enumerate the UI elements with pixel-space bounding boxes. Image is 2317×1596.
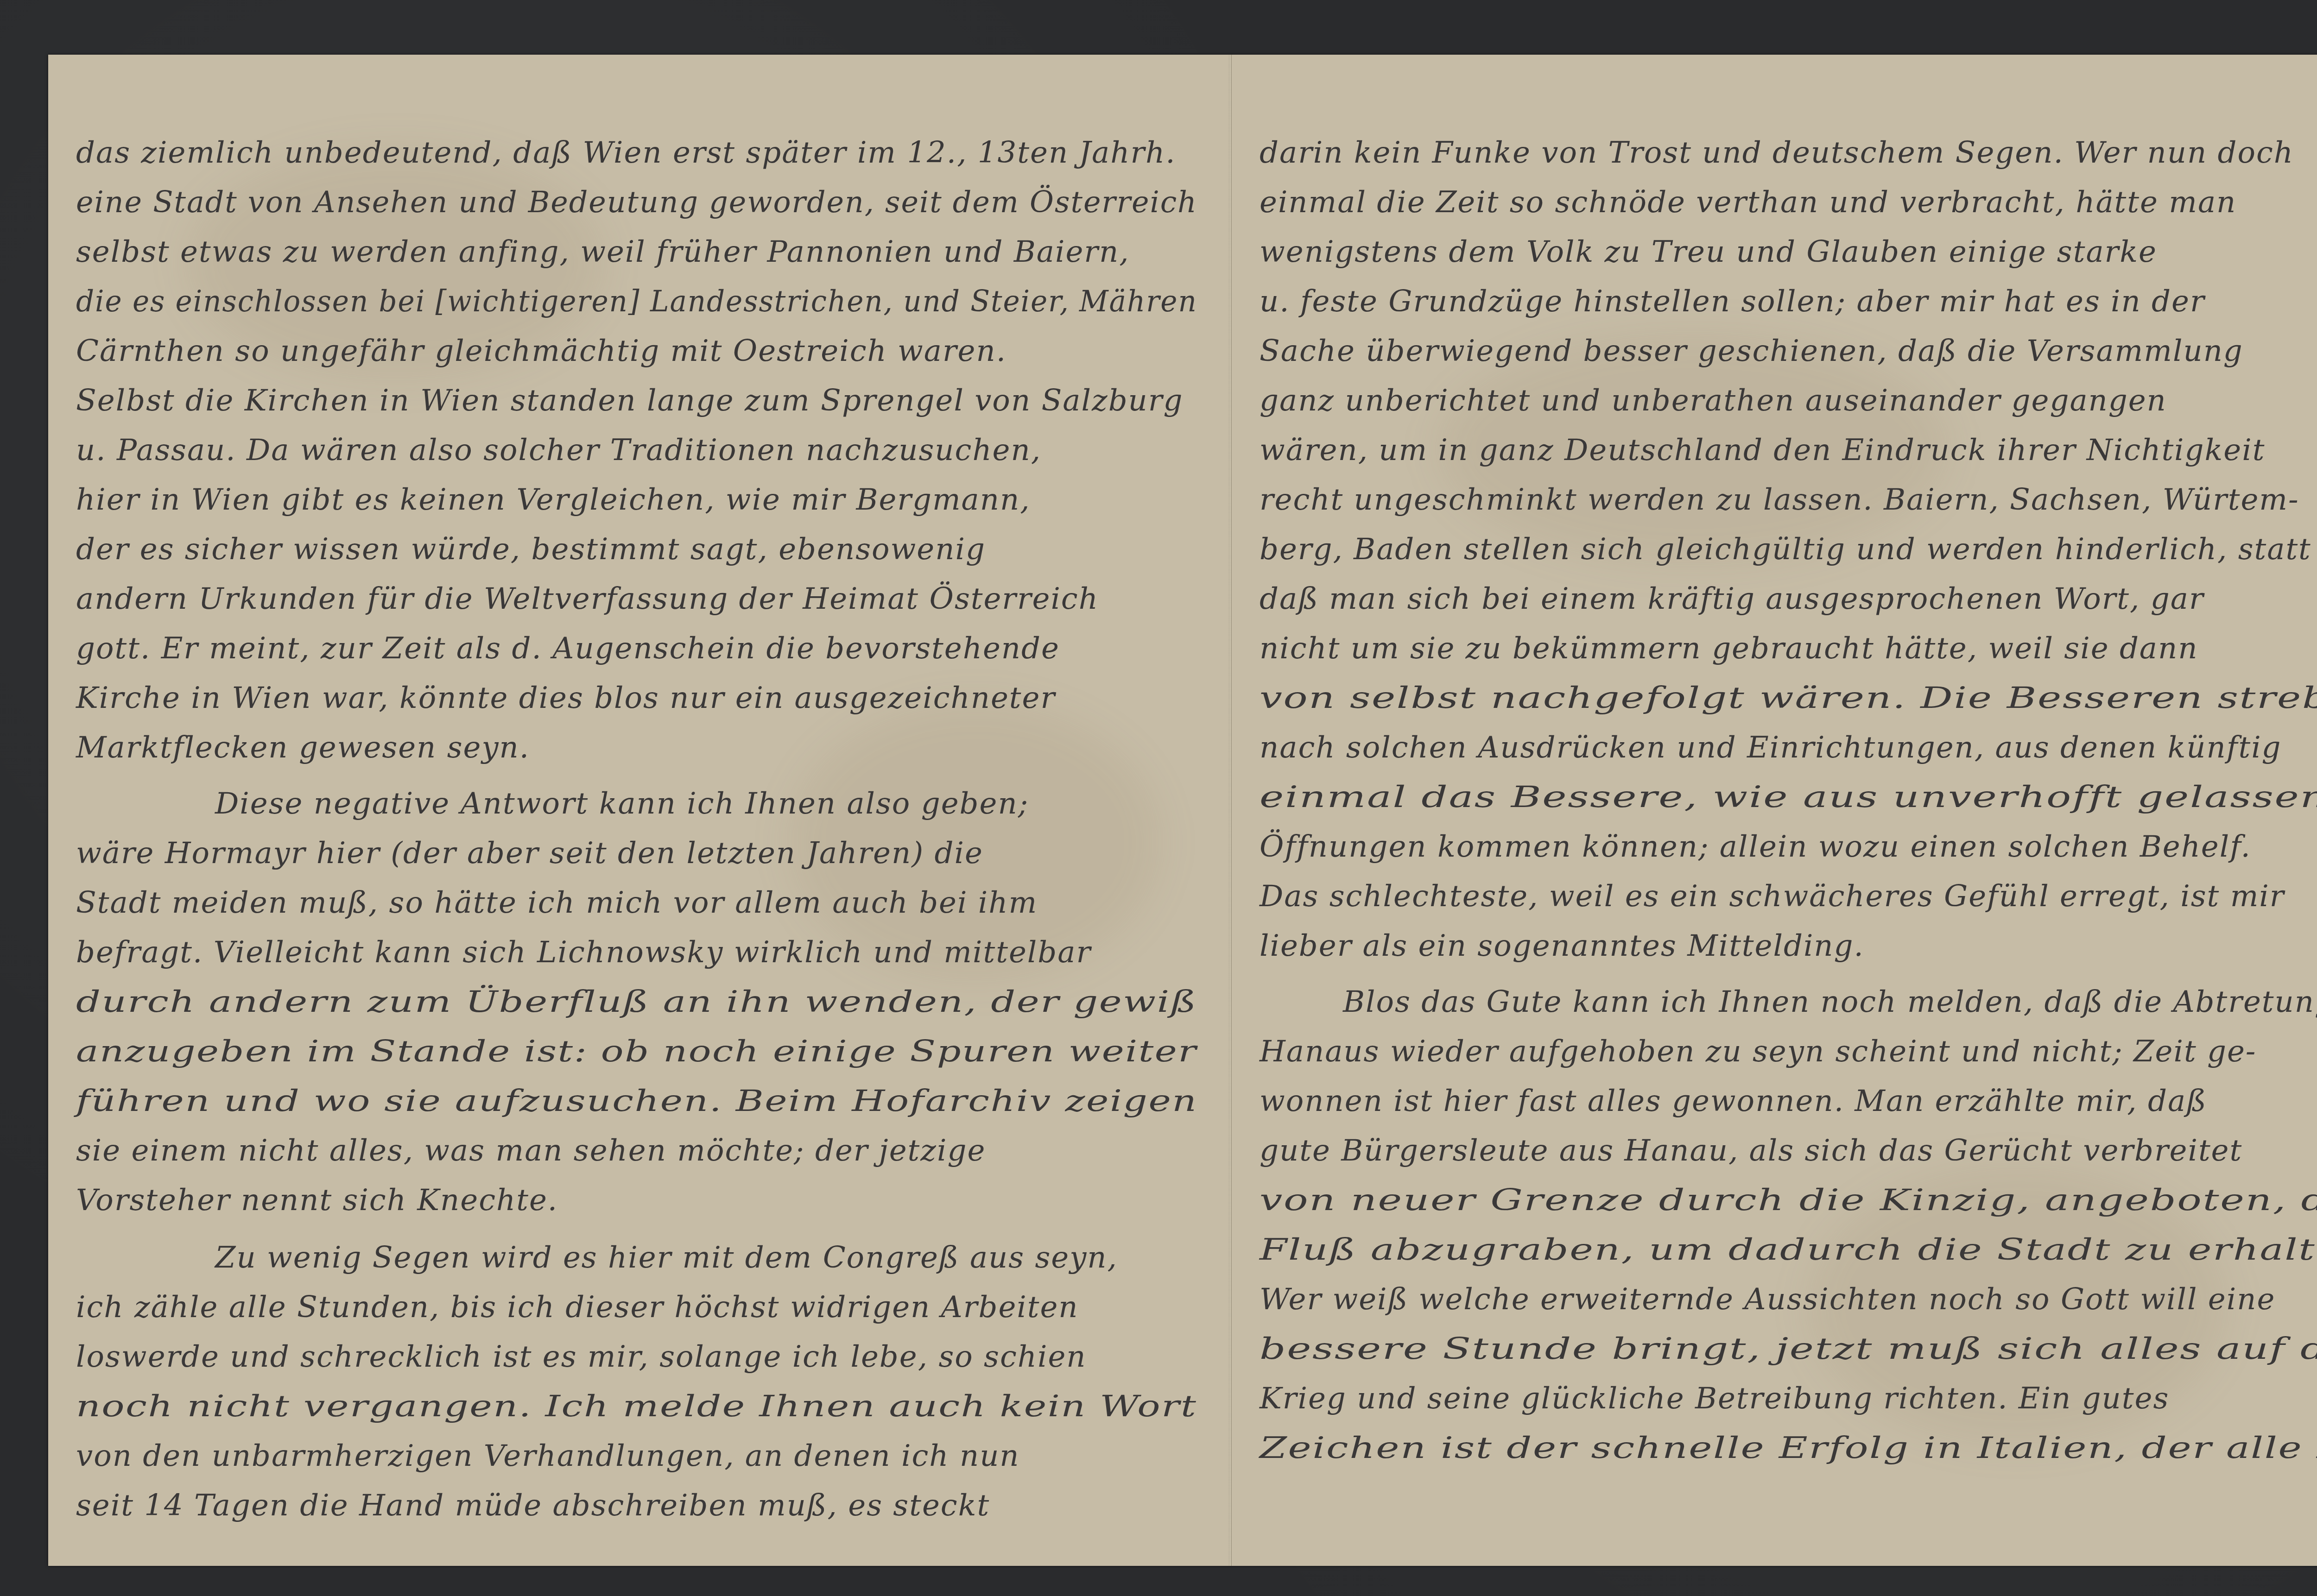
handwritten-line: Diese negative Antwort kann ich Ihnen al… xyxy=(215,787,1029,821)
handwritten-line: loswerde und schrecklich ist es mir, sol… xyxy=(76,1340,1087,1374)
handwritten-line: nach solchen Ausdrücken und Einrichtunge… xyxy=(1260,731,2282,765)
left-page: das ziemlich unbedeutend, daß Wien erst … xyxy=(48,55,1229,1566)
handwritten-line: ich zähle alle Stunden, bis ich dieser h… xyxy=(76,1290,1079,1325)
handwritten-line: gute Bürgersleute aus Hanau, als sich da… xyxy=(1260,1134,2242,1168)
handwritten-line: darin kein Funke von Trost und deutschem… xyxy=(1260,136,2294,170)
handwritten-line: der es sicher wissen würde, bestimmt sag… xyxy=(76,532,986,567)
handwritten-line: Cärnthen so ungefähr gleichmächtig mit O… xyxy=(76,334,1007,368)
handwritten-line: durch andern zum Überfluß an ihn wenden,… xyxy=(76,985,1197,1019)
handwritten-line: Stadt meiden muß, so hätte ich mich vor … xyxy=(76,886,1038,920)
handwritten-line: Das schlechteste, weil es ein schwächere… xyxy=(1260,879,2285,914)
handwritten-line: Vorsteher nennt sich Knechte. xyxy=(76,1183,558,1218)
handwritten-line: noch nicht vergangen. Ich melde Ihnen au… xyxy=(76,1389,1197,1424)
handwritten-line: daß man sich bei einem kräftig ausgespro… xyxy=(1260,582,2204,616)
handwritten-line: wenigstens dem Volk zu Treu und Glauben … xyxy=(1260,235,2157,269)
handwritten-line: u. Passau. Da wären also solcher Traditi… xyxy=(76,433,1041,467)
handwritten-line: einmal die Zeit so schnöde verthan und v… xyxy=(1260,185,2236,220)
handwritten-line: von neuer Grenze durch die Kinzig, angeb… xyxy=(1260,1183,2317,1218)
handwritten-line: lieber als ein sogenanntes Mittelding. xyxy=(1260,929,1864,963)
handwritten-line: eine Stadt von Ansehen und Bedeutung gew… xyxy=(76,185,1197,220)
handwritten-line: seit 14 Tagen die Hand müde abschreiben … xyxy=(76,1489,990,1523)
handwritten-line: anzugeben im Stande ist: ob noch einige … xyxy=(76,1035,1197,1069)
handwritten-line: hier in Wien gibt es keinen Vergleichen,… xyxy=(76,483,1031,517)
handwritten-line: Fluß abzugraben, um dadurch die Stadt zu… xyxy=(1260,1233,2317,1267)
handwritten-line: berg, Baden stellen sich gleichgültig un… xyxy=(1260,532,2311,567)
handwritten-line: befragt. Vielleicht kann sich Lichnowsky… xyxy=(76,935,1091,970)
handwritten-line: u. feste Grundzüge hinstellen sollen; ab… xyxy=(1260,284,2205,319)
handwritten-line: Zeichen ist der schnelle Erfolg in Itali… xyxy=(1260,1431,2317,1465)
handwritten-line: selbst etwas zu werden anfing, weil früh… xyxy=(76,235,1129,269)
handwritten-line: bessere Stunde bringt, jetzt muß sich al… xyxy=(1260,1332,2317,1366)
right-page: darin kein Funke von Trost und deutschem… xyxy=(1232,55,2317,1566)
letter-sheet: das ziemlich unbedeutend, daß Wien erst … xyxy=(48,55,2317,1566)
handwritten-line: von selbst nachgefolgt wären. Die Besser… xyxy=(1260,681,2317,715)
handwritten-line: Marktflecken gewesen seyn. xyxy=(76,731,530,765)
handwritten-line: Krieg und seine glückliche Betreibung ri… xyxy=(1260,1382,2169,1416)
handwritten-line: sie einem nicht alles, was man sehen möc… xyxy=(76,1134,986,1168)
handwritten-line: von den unbarmherzigen Verhandlungen, an… xyxy=(76,1439,1020,1473)
handwritten-line: das ziemlich unbedeutend, daß Wien erst … xyxy=(76,136,1176,170)
handwritten-line: einmal das Bessere, wie aus unverhofft g… xyxy=(1260,780,2317,814)
handwritten-line: wonnen ist hier fast alles gewonnen. Man… xyxy=(1260,1084,2207,1118)
handwritten-line: Zu wenig Segen wird es hier mit dem Cong… xyxy=(215,1241,1118,1275)
handwritten-line: führen und wo sie aufzusuchen. Beim Hofa… xyxy=(76,1084,1197,1118)
handwritten-line: wären, um in ganz Deutschland den Eindru… xyxy=(1260,433,2265,467)
handwritten-line: Selbst die Kirchen in Wien standen lange… xyxy=(76,384,1183,418)
handwritten-line: Hanaus wieder aufgehoben zu seyn scheint… xyxy=(1260,1035,2256,1069)
handwritten-line: Kirche in Wien war, könnte dies blos nur… xyxy=(76,681,1056,715)
handwritten-line: die es einschlossen bei [wichtigeren] La… xyxy=(76,284,1197,319)
handwritten-line: Sache überwiegend besser geschienen, daß… xyxy=(1260,334,2243,368)
handwritten-line: gott. Er meint, zur Zeit als d. Augensch… xyxy=(76,631,1060,666)
handwritten-line: Öffnungen kommen können; allein wozu ein… xyxy=(1260,830,2251,864)
handwritten-line: wäre Hormayr hier (der aber seit den let… xyxy=(76,836,983,871)
handwritten-line: Blos das Gute kann ich Ihnen noch melden… xyxy=(1343,985,2317,1019)
handwritten-line: andern Urkunden für die Weltverfassung d… xyxy=(76,582,1099,616)
handwritten-line: recht ungeschminkt werden zu lassen. Bai… xyxy=(1260,483,2299,517)
handwritten-line: nicht um sie zu bekümmern gebraucht hätt… xyxy=(1260,631,2198,666)
handwritten-line: Wer weiß welche erweiternde Aussichten n… xyxy=(1260,1282,2275,1317)
handwritten-line: ganz unberichtet und unberathen auseinan… xyxy=(1260,384,2167,418)
